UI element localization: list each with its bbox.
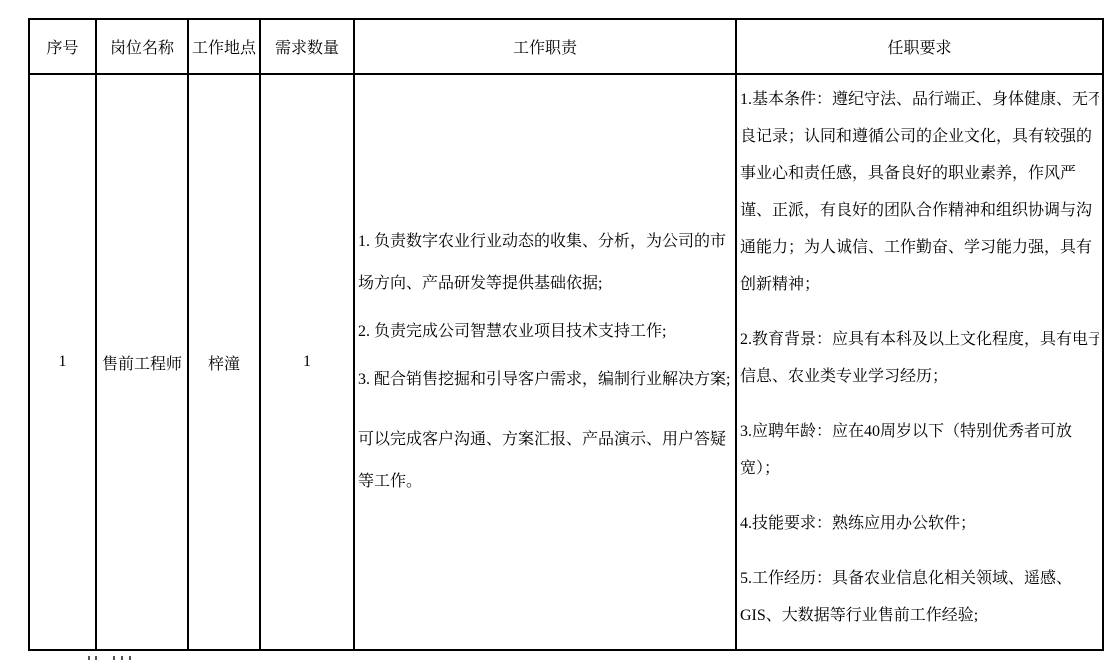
- paragraph: 2.教育背景：应具有本科及以上文化程度，具有电子信息、农业类专业学习经历；: [740, 321, 1099, 395]
- text-line: 信息、农业类专业学习经历；: [740, 358, 1099, 395]
- job-postings-table: 序号 岗位名称 工作地点 需求数量 工作职责 任职要求 1 售前工程师 梓潼 1…: [28, 18, 1104, 651]
- text-line: 事业心和责任感，具备良好的职业素养，作风严: [740, 155, 1099, 192]
- document-page: 序号 岗位名称 工作地点 需求数量 工作职责 任职要求 1 售前工程师 梓潼 1…: [0, 0, 1120, 662]
- text-line: GIS、大数据等行业售前工作经验;: [740, 597, 1099, 634]
- paragraph: 3.应聘年龄：应在40周岁以下（特别优秀者可放宽）；: [740, 413, 1099, 487]
- duties-text-block: 1. 负责数字农业行业动态的收集、分析，为公司的市场方向、产品研发等提供基础依据…: [358, 221, 732, 503]
- text-line: 1.基本条件：遵纪守法、品行端正、身体健康、无不: [740, 81, 1099, 118]
- text-line: 5.工作经历：具备农业信息化相关领域、遥感、: [740, 560, 1099, 597]
- cell-position: 售前工程师: [96, 74, 188, 650]
- header-location: 工作地点: [188, 19, 260, 74]
- text-line: 良记录；认同和遵循公司的企业文化，具有较强的: [740, 118, 1099, 155]
- table-row: 1 售前工程师 梓潼 1 1. 负责数字农业行业动态的收集、分析，为公司的市场方…: [29, 74, 1103, 650]
- paragraph: 2. 负责完成公司智慧农业项目技术支持工作;: [358, 311, 732, 353]
- header-row: 序号 岗位名称 工作地点 需求数量 工作职责 任职要求: [29, 19, 1103, 74]
- cell-location: 梓潼: [188, 74, 260, 650]
- header-headcount: 需求数量: [260, 19, 354, 74]
- header-position: 岗位名称: [96, 19, 188, 74]
- text-line: 通能力；为人诚信、工作勤奋、学习能力强，具有: [740, 229, 1099, 266]
- cell-duties: 1. 负责数字农业行业动态的收集、分析，为公司的市场方向、产品研发等提供基础依据…: [354, 74, 736, 650]
- text-line: 可以完成客户沟通、方案汇报、产品演示、用户答疑: [358, 419, 732, 461]
- text-line: 2.教育背景：应具有本科及以上文化程度，具有电子: [740, 321, 1099, 358]
- header-requirements: 任职要求: [736, 19, 1103, 74]
- paragraph: 5.工作经历：具备农业信息化相关领域、遥感、GIS、大数据等行业售前工作经验;: [740, 560, 1099, 634]
- text-line: 等工作。: [358, 461, 732, 503]
- text-line: 4.技能要求：熟练应用办公软件；: [740, 505, 1099, 542]
- paragraph: 1. 负责数字农业行业动态的收集、分析，为公司的市场方向、产品研发等提供基础依据…: [358, 221, 732, 305]
- text-line: 2. 负责完成公司智慧农业项目技术支持工作;: [358, 311, 732, 353]
- header-index: 序号: [29, 19, 96, 74]
- text-line: 创新精神；: [740, 266, 1099, 303]
- paragraph: 1.基本条件：遵纪守法、品行端正、身体健康、无不良记录；认同和遵循公司的企业文化…: [740, 81, 1099, 303]
- text-line: 场方向、产品研发等提供基础依据;: [358, 263, 732, 305]
- text-line: 3. 配合销售挖掘和引导客户需求，编制行业解决方案;: [358, 359, 732, 401]
- header-duties: 工作职责: [354, 19, 736, 74]
- text-line: 3.应聘年龄：应在40周岁以下（特别优秀者可放: [740, 413, 1099, 450]
- text-line: 1. 负责数字农业行业动态的收集、分析，为公司的市: [358, 221, 732, 263]
- paragraph: 4.技能要求：熟练应用办公软件；: [740, 505, 1099, 542]
- paragraph: 可以完成客户沟通、方案汇报、产品演示、用户答疑等工作。: [358, 419, 732, 503]
- text-line: 宽）；: [740, 450, 1099, 487]
- requirements-text-block: 1.基本条件：遵纪守法、品行端正、身体健康、无不良记录；认同和遵循公司的企业文化…: [740, 81, 1099, 634]
- text-line: 谨、正派，有良好的团队合作精神和组织协调与沟: [740, 192, 1099, 229]
- clipped-text-fragment: [88, 656, 158, 662]
- cell-index: 1: [29, 74, 96, 650]
- cell-requirements: 1.基本条件：遵纪守法、品行端正、身体健康、无不良记录；认同和遵循公司的企业文化…: [736, 74, 1103, 650]
- cell-headcount: 1: [260, 74, 354, 650]
- paragraph: 3. 配合销售挖掘和引导客户需求，编制行业解决方案;: [358, 359, 732, 401]
